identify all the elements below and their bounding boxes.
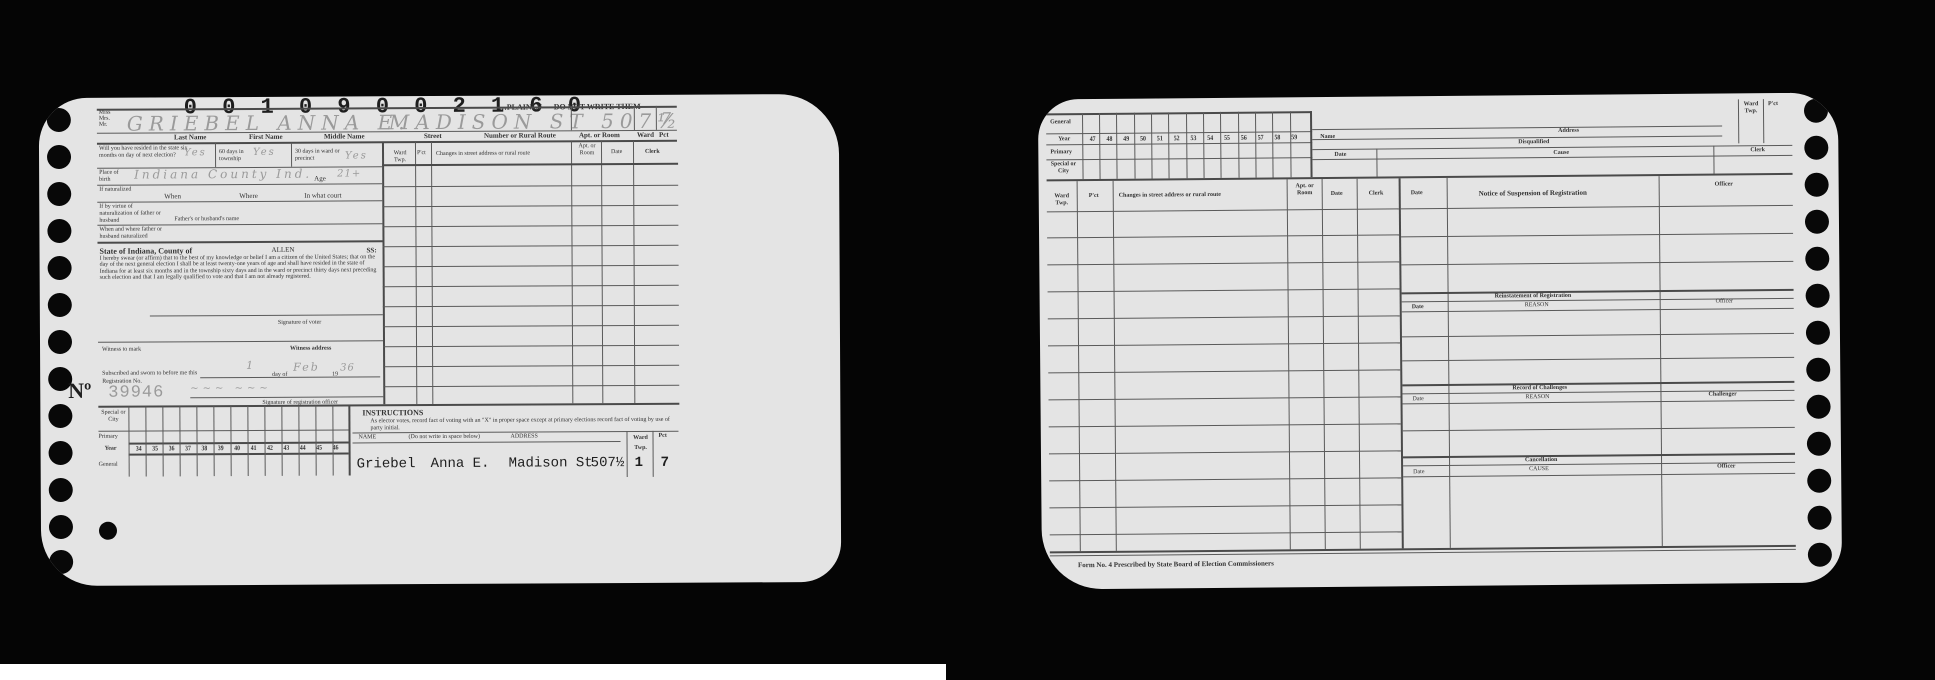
subscribed-year: 36 [340, 362, 355, 373]
grid-col [213, 406, 214, 476]
punch-hole-icon [49, 478, 73, 502]
punch-hole-icon [1806, 358, 1830, 382]
label-pct: Pct [659, 131, 669, 139]
th-suspension: Notice of Suspension of Registration [1479, 189, 1587, 198]
th-apt: Apt. or Room [1291, 183, 1319, 197]
subscribed-month: Feb [293, 361, 320, 374]
no-symbol: Nº [68, 378, 91, 404]
table-row [1049, 423, 1401, 427]
punch-hole-icon [1807, 469, 1831, 493]
th-changes: Changes in street address or rural route [1119, 192, 1221, 200]
th-date: Date [611, 149, 622, 156]
grid-col [1116, 113, 1118, 179]
grid-col [145, 407, 146, 477]
divider [1402, 298, 1794, 302]
punch-hole-icon [49, 515, 73, 539]
punch-hole-icon [47, 145, 71, 169]
th-reinstatement-officer: Officer [1716, 298, 1733, 305]
punch-hole-icon [99, 522, 117, 540]
form-footer: Form No. 4 Prescribed by State Board of … [1078, 559, 1274, 569]
label-age: Age [314, 175, 326, 183]
th-date: Date [1331, 191, 1343, 198]
punch-hole-icon [47, 182, 71, 206]
row-label-primary: Primary [1050, 149, 1072, 156]
grid-col [1290, 111, 1292, 177]
divider [1713, 146, 1714, 174]
table-row [1048, 396, 1400, 400]
divider [571, 106, 572, 130]
handwritten-pct: 7 [661, 109, 671, 128]
divider [1310, 111, 1313, 177]
punch-hole-icon [47, 219, 71, 243]
label-transfer-address: Address [1558, 128, 1579, 135]
divider [652, 431, 653, 477]
label-apt: Apt. or Room [579, 131, 620, 139]
label-signature-voter: Signature of voter [278, 319, 321, 327]
divider [1312, 145, 1792, 150]
th-suspension-officer: Officer [1715, 181, 1733, 188]
table-row [1048, 369, 1400, 373]
grid-col [315, 406, 316, 476]
oath-text: I hereby swear (or affirm) that to the b… [100, 254, 383, 281]
divider [200, 376, 380, 378]
divider [215, 143, 216, 167]
grid-col [264, 406, 265, 476]
punch-hole-icon [1804, 99, 1828, 123]
index-ward: 1 [635, 455, 643, 471]
divider [626, 431, 627, 477]
divider [1403, 453, 1795, 458]
age-value: 21+ [337, 168, 361, 179]
divider [415, 142, 417, 404]
divider [1402, 381, 1794, 386]
th-clerk: Clerk [645, 149, 660, 156]
divider [1659, 176, 1663, 546]
grid-col [1151, 113, 1153, 179]
th-pct: P'ct [417, 150, 426, 157]
table-row [1048, 342, 1400, 346]
divider [1447, 178, 1451, 548]
label-number: Number or Rural Route [484, 131, 556, 139]
table-row [1402, 357, 1794, 361]
label-when-where: When and where father or husband natural… [99, 226, 169, 240]
punch-hole-icon [48, 330, 72, 354]
grid-col [1272, 111, 1274, 177]
table-row [1047, 234, 1399, 238]
grid-col [162, 406, 163, 476]
table-row [1048, 315, 1400, 319]
divider [601, 141, 603, 403]
label-middle-name: Middle Name [324, 132, 365, 140]
table-row [1401, 233, 1793, 237]
th-ward-twp: Ward Twp. [387, 150, 413, 164]
instructions-title: INSTRUCTIONS [362, 409, 423, 417]
white-bar [0, 664, 946, 680]
punch-hole-icon [1805, 210, 1829, 234]
divider [98, 340, 383, 342]
divider [1403, 473, 1795, 477]
divider [98, 403, 679, 408]
grid-col [298, 406, 299, 476]
punch-hole-icon [1807, 432, 1831, 456]
label-disqualified: Disqualified [1518, 139, 1549, 146]
row-label-year: Year [1058, 136, 1070, 143]
label-transfer-clerk: Clerk [1750, 147, 1765, 154]
label-virtue: If by virtue of naturalization of father… [99, 203, 164, 224]
index-first-name: Anna E. [431, 456, 490, 472]
punch-hole-icon [1806, 284, 1830, 308]
label-last-name: Last Name [174, 133, 207, 141]
instructions-text: As elector votes, record fact of voting … [370, 417, 670, 432]
punch-hole-icon [1807, 506, 1831, 530]
label-fathers-name: Father's or husband's name [174, 215, 239, 223]
divider [353, 441, 621, 443]
row-label-special: Special or City [98, 410, 128, 424]
registration-card-front: 0 0 1 0 9 0 0 2 1 6 0 …PLAINLY — DO NOT … [39, 94, 842, 586]
label-index-pct: Pct [658, 433, 666, 440]
grid-col [1168, 112, 1170, 178]
table-row [1402, 333, 1794, 337]
divider [97, 200, 382, 202]
divider [1312, 136, 1722, 141]
th-reinstatement-reason: REASON [1525, 302, 1549, 309]
index-street: Madison St [509, 455, 593, 471]
label-do-not-write: (Do not write in space below) [408, 434, 480, 441]
registration-number: 39946 [108, 383, 164, 402]
th-cancellation-officer: Officer [1717, 463, 1735, 470]
grid-col [179, 406, 180, 476]
table-row [1049, 450, 1401, 454]
divider [1402, 308, 1794, 312]
grid-col [1238, 112, 1240, 178]
th-challenger: Challenger [1708, 391, 1736, 398]
th-apt: Apt. or Room [575, 143, 599, 157]
label-witness-address: Witness address [290, 345, 331, 353]
divider [382, 142, 385, 404]
punch-hole-icon [49, 550, 73, 574]
th-pct: P'ct [1089, 193, 1099, 200]
grid-col [1099, 113, 1101, 179]
grid-col [230, 406, 231, 476]
grid-col [1255, 112, 1257, 178]
th-challenges-reason: REASON [1525, 394, 1549, 401]
grid-col [332, 406, 333, 476]
divider [1763, 99, 1764, 143]
divider [348, 405, 350, 475]
divider [291, 143, 292, 167]
row-label-year: Year [105, 446, 117, 453]
table-row [1401, 261, 1793, 265]
q-ward-residence: 30 days in ward or precinct [295, 148, 350, 162]
divider [1403, 462, 1795, 466]
table-row [1050, 531, 1402, 535]
title-prefix: Miss Mrs. Mr. [99, 110, 111, 128]
label-where: Where [239, 192, 258, 200]
table-row [1049, 477, 1401, 481]
label-witness-mark: Witness to mark [102, 346, 141, 354]
punch-hole-icon [48, 404, 72, 428]
index-pct: 7 [661, 455, 669, 471]
table-row [1049, 504, 1401, 508]
table-row [1403, 427, 1795, 431]
th-clerk: Clerk [1369, 190, 1384, 197]
grid-col [247, 406, 248, 476]
row-label-general: General [1050, 119, 1071, 126]
label-street: Street [424, 132, 442, 140]
divider [97, 183, 382, 185]
grid-col [1134, 113, 1136, 179]
label-ward-twp: Ward Twp. [630, 433, 650, 453]
row-label-special: Special or City [1048, 161, 1078, 175]
index-last-name: Griebel [357, 456, 416, 472]
label-transfer-ward: Ward Twp. [1740, 101, 1762, 115]
th-suspension-date: Date [1411, 190, 1423, 197]
divider [1403, 400, 1795, 404]
label-when: When [164, 192, 181, 200]
divider [1401, 205, 1793, 209]
a-ward-residence: Yes [345, 150, 368, 161]
divider [150, 314, 383, 316]
label-court: In what court [304, 192, 341, 200]
q-state-residence: Will you have resided in the state six m… [99, 145, 189, 159]
oath-county: ALLEN [272, 246, 295, 254]
table-row [1048, 288, 1400, 292]
label-first-name: First Name [249, 133, 283, 141]
divider [1047, 208, 1399, 212]
divider [1312, 126, 1722, 131]
a-state-residence: Yes [184, 147, 207, 158]
punch-hole-icon [1804, 136, 1828, 160]
label-name: NAME [358, 434, 376, 441]
index-number: 507½ [591, 455, 625, 471]
divider [431, 142, 433, 404]
punch-hole-icon [48, 293, 72, 317]
punch-hole-icon [1806, 395, 1830, 419]
grid-col [1203, 112, 1205, 178]
divider [97, 240, 382, 243]
grid-col [281, 406, 282, 476]
punch-hole-icon [1805, 173, 1829, 197]
label-if-naturalized: If naturalized [99, 187, 139, 194]
grid-col [1220, 112, 1222, 178]
divider [98, 429, 348, 431]
punch-hole-icon [1806, 321, 1830, 345]
divider [97, 223, 382, 225]
divider [633, 141, 635, 403]
divider [1402, 289, 1794, 294]
divider [634, 106, 635, 130]
divider [1399, 178, 1404, 548]
divider [656, 106, 657, 130]
table-row [1047, 261, 1399, 265]
registration-card-back: General Year Primary Special or City 47 … [1038, 93, 1842, 590]
label-transfer-pct: P'ct [1768, 101, 1778, 108]
grid-col [196, 406, 197, 476]
label-ward: Ward [637, 131, 654, 139]
punch-hole-icon [1805, 247, 1829, 271]
label-subscribed: Subscribed and sworn to before me this [102, 369, 197, 377]
oath-ss: SS: [367, 246, 377, 254]
punch-hole-icon [49, 441, 73, 465]
subscribed-day: 1 [246, 359, 253, 372]
grid-col [128, 407, 129, 477]
punch-hole-icon [1808, 543, 1832, 567]
grid-col [1082, 113, 1084, 179]
th-changes: Changes in street address or rural route [436, 150, 530, 158]
divider [1047, 173, 1793, 182]
grid-col [1186, 112, 1188, 178]
divider [571, 141, 573, 403]
officer-signature: ~~~ ~~~ [190, 383, 272, 394]
punch-hole-icon [47, 108, 71, 132]
divider [1376, 149, 1377, 177]
th-cancellation-cause: CAUSE [1529, 466, 1549, 473]
label-address: ADDRESS [510, 433, 537, 440]
place-of-birth-value: Indiana County Ind. [134, 167, 312, 182]
a-township: Yes [253, 147, 276, 158]
label-place-of-birth: Place of birth [99, 170, 129, 184]
punch-hole-icon [48, 256, 72, 280]
th-ward-twp: Ward Twp. [1049, 193, 1075, 207]
row-label-primary: Primary [98, 434, 117, 441]
row-label-general: General [99, 462, 118, 469]
